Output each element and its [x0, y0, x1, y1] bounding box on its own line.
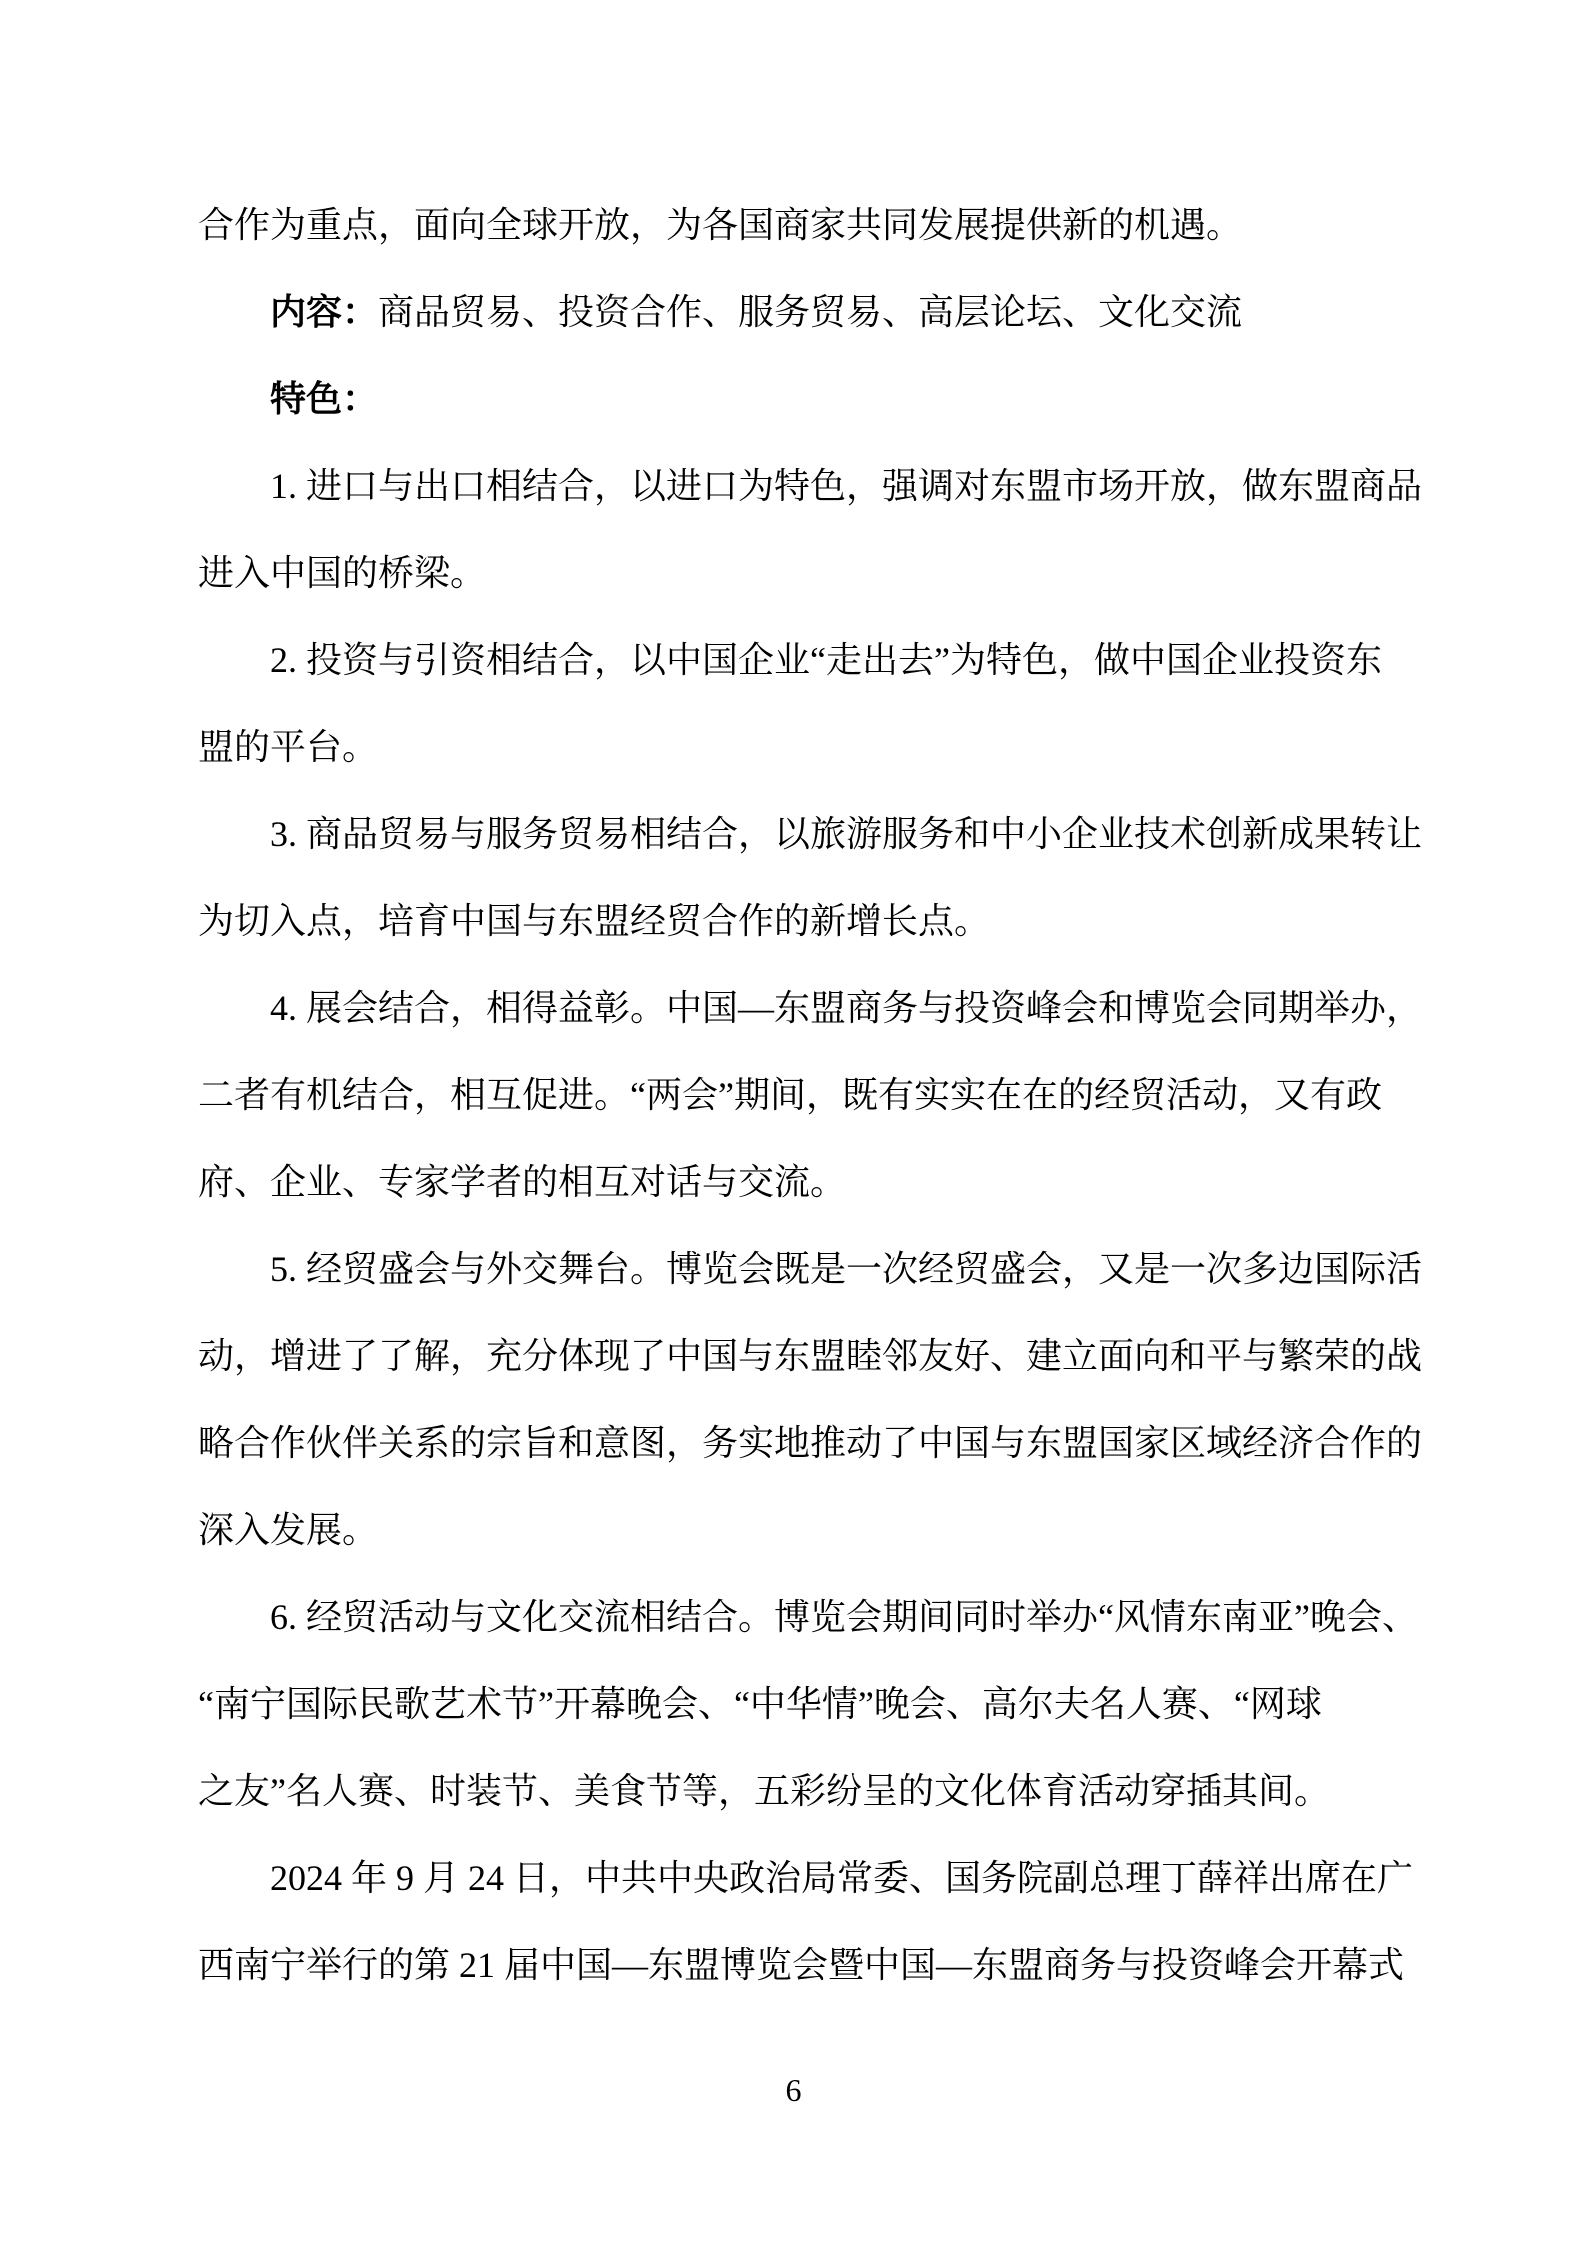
text-line: 6. 经贸活动与文化交流相结合。博览会期间同时举办“风情东南亚”晚会、: [198, 1574, 1450, 1661]
text-line: 为切入点，培育中国与东盟经贸合作的新增长点。: [198, 878, 1450, 965]
paragraph-label: 内容：: [270, 292, 378, 332]
text-line: 内容：商品贸易、投资合作、服务贸易、高层论坛、文化交流: [198, 269, 1450, 356]
text-line: “南宁国际民歌艺术节”开幕晚会、“中华情”晚会、高尔夫名人赛、“网球: [198, 1661, 1450, 1748]
page-number: 6: [0, 2072, 1587, 2108]
text-line: 进入中国的桥梁。: [198, 530, 1450, 617]
text-line: 5. 经贸盛会与外交舞台。博览会既是一次经贸盛会，又是一次多边国际活: [198, 1226, 1450, 1313]
text-line: 深入发展。: [198, 1487, 1450, 1574]
document-page: 合作为重点，面向全球开放，为各国商家共同发展提供新的机遇。内容：商品贸易、投资合…: [0, 0, 1587, 2245]
paragraph-label: 特色：: [270, 379, 378, 419]
text-line: 府、企业、专家学者的相互对话与交流。: [198, 1139, 1450, 1226]
text-line: 1. 进口与出口相结合，以进口为特色，强调对东盟市场开放，做东盟商品: [198, 443, 1450, 530]
text-line: 略合作伙伴关系的宗旨和意图，务实地推动了中国与东盟国家区域经济合作的: [198, 1400, 1450, 1487]
text-line: 二者有机结合，相互促进。“两会”期间，既有实实在在的经贸活动，又有政: [198, 1052, 1450, 1139]
text-line: 盟的平台。: [198, 704, 1450, 791]
text-line: 3. 商品贸易与服务贸易相结合，以旅游服务和中小企业技术创新成果转让: [198, 791, 1450, 878]
text-line: 特色：: [198, 356, 1450, 443]
text-line: 之友”名人赛、时装节、美食节等，五彩纷呈的文化体育活动穿插其间。: [198, 1748, 1450, 1835]
text-line: 4. 展会结合，相得益彰。中国—东盟商务与投资峰会和博览会同期举办，: [198, 965, 1450, 1052]
text-line: 西南宁举行的第 21 届中国—东盟博览会暨中国—东盟商务与投资峰会开幕式: [198, 1922, 1450, 2009]
document-body: 合作为重点，面向全球开放，为各国商家共同发展提供新的机遇。内容：商品贸易、投资合…: [198, 182, 1450, 2009]
text-line: 合作为重点，面向全球开放，为各国商家共同发展提供新的机遇。: [198, 182, 1450, 269]
text-line: 动，增进了了解，充分体现了中国与东盟睦邻友好、建立面向和平与繁荣的战: [198, 1313, 1450, 1400]
text-line: 2024 年 9 月 24 日，中共中央政治局常委、国务院副总理丁薛祥出席在广: [198, 1835, 1450, 1922]
text-line: 2. 投资与引资相结合，以中国企业“走出去”为特色，做中国企业投资东: [198, 617, 1450, 704]
